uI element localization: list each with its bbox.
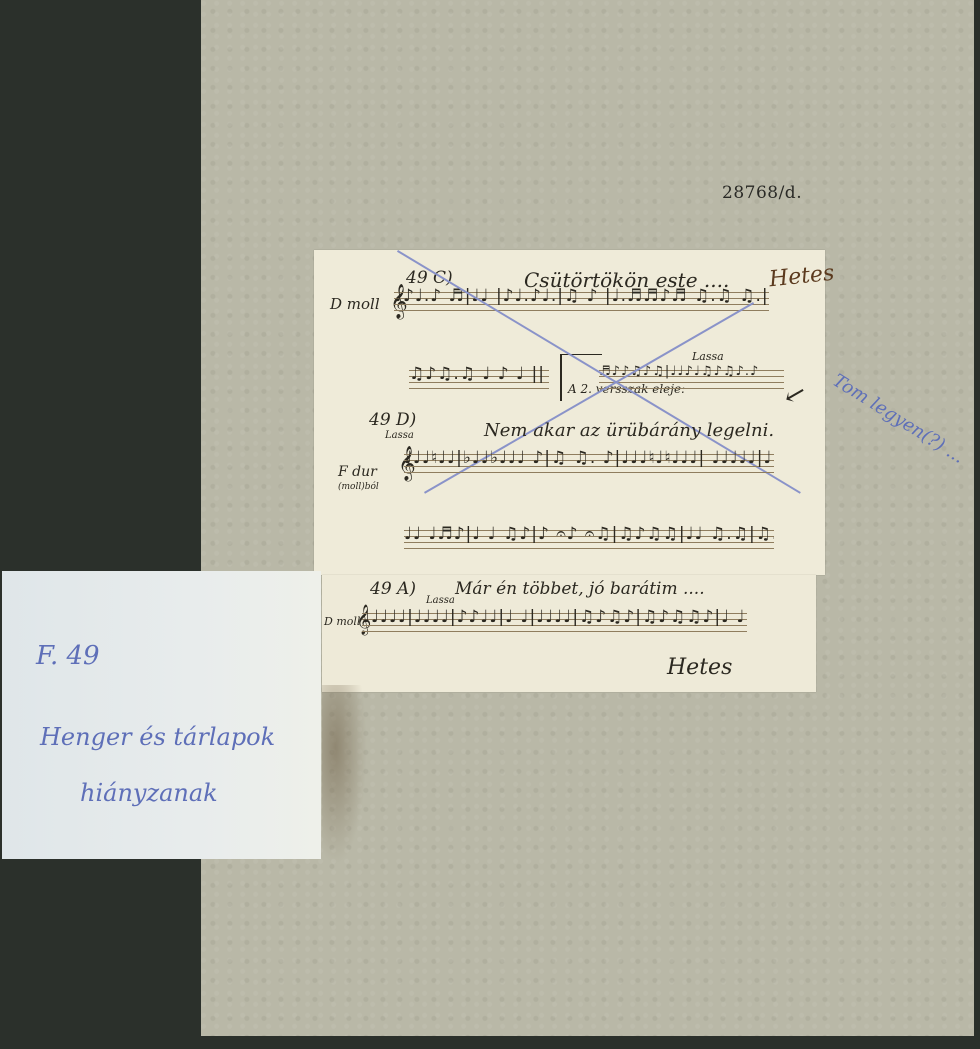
- song-number-49a: 49 A): [370, 579, 416, 599]
- water-stain: [322, 685, 367, 865]
- notes-49a: ♩♩♩♩♩|♩♩♩♩|♪♪♩♩|♩ ♩|♩♩♩♩|♫♪♫♪|♫♪♫♫♪|♩ ♩ …: [362, 607, 747, 627]
- notes-49c-line1: ♩♪♩.♪ ♬|♩♩ |♪♩.♪♩.|♫ ♪ |♩.♬♬♪♬ ♫.♫ ♫.|: [394, 286, 769, 306]
- staff-49a: ♩♩♩♩♩|♩♩♩♩|♪♪♩♩|♩ ♩|♩♩♩♩|♫♪♫♪|♫♪♫♫♪|♩ ♩ …: [362, 613, 747, 637]
- staff-49d-line1: ♩♩♩♮♩♩|♭♩♩♭♩♩♩ ♪|♫ ♫. ♪|♩♩♩♮♩♮♩♩♩| ♩♩♩♩♩…: [404, 454, 774, 478]
- key-note-49d: (moll)ból: [338, 482, 379, 492]
- key-49d: F dur: [338, 464, 377, 480]
- continuation-arrow-icon: ↙: [780, 378, 809, 413]
- staff-49c-line1: ♩♪♩.♪ ♬|♩♩ |♪♩.♪♩.|♫ ♪ |♩.♬♬♪♬ ♫.♫ ♫.|: [394, 292, 769, 316]
- notes-49c-line3: ♬♪♪♫♪♫|♩♩♪♩♫♪♫♪.♪: [599, 364, 784, 379]
- notes-49c-line2: ♫♪♫.♫ ♩ ♪ ♩ ||: [409, 364, 549, 384]
- tempo-marking-49a: Lassa: [426, 595, 455, 606]
- catalog-number: 28768/d.: [722, 183, 802, 203]
- key-49a: D moll: [324, 615, 360, 628]
- notation-card-bottom: 49 A) Lassa Már én többet, jó barátim ..…: [322, 575, 816, 692]
- tempo-marking-49c: Lassa: [692, 350, 724, 363]
- missing-items-slip: F. 49 Henger és tárlapok hiányzanak: [2, 571, 321, 859]
- collector-signature-bottom: Hetes: [667, 655, 732, 680]
- staff-49d-line2: ♩♩ ♩♬♪|♩ ♩ ♫♪|♪ 𝄐♪ 𝄐♫|♫♪♫♫|♩♩ ♫.♫|♫.♪||: [404, 530, 774, 554]
- staff-49c-line2: ♫♪♫.♫ ♩ ♪ ♩ ||: [409, 370, 549, 394]
- slip-folder-number: F. 49: [36, 641, 100, 671]
- song-title-49a: Már én többet, jó barátim ....: [455, 579, 705, 599]
- notation-card-top: 49 C) Csütörtökön este .... Hetes D moll…: [314, 250, 825, 575]
- slip-line-missing: hiányzanak: [80, 779, 218, 807]
- notes-49d-line1: ♩♩♩♮♩♩|♭♩♩♭♩♩♩ ♪|♫ ♫. ♪|♩♩♩♮♩♮♩♩♩| ♩♩♩♩♩…: [404, 448, 774, 468]
- song-number-49d: 49 D): [369, 410, 416, 430]
- tempo-marking-49d: Lassa: [385, 430, 414, 441]
- notes-49d-line2: ♩♩ ♩♬♪|♩ ♩ ♫♪|♪ 𝄐♪ 𝄐♫|♫♪♫♫|♩♩ ♫.♫|♫.♪||: [404, 524, 774, 544]
- song-title-49d: Nem akar az ürübárány legelni.: [484, 420, 774, 441]
- slip-line-cylinder: Henger és tárlapok: [40, 723, 275, 751]
- key-49c: D moll: [330, 295, 380, 313]
